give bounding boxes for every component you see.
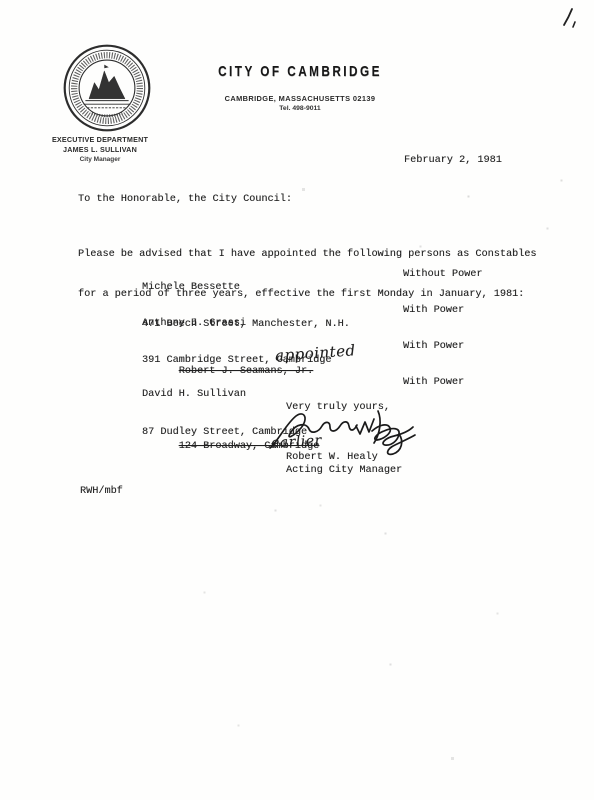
- appointee-power-status: With Power: [403, 305, 464, 318]
- handwritten-page-mark-icon: [550, 4, 586, 34]
- city-manager-name: JAMES L. SULLIVAN: [40, 145, 160, 155]
- appointee-name: David H. Sullivan: [142, 389, 582, 402]
- letter-date: February 2, 1981: [404, 155, 502, 168]
- appointee-power-status: With Power: [403, 377, 464, 390]
- scanned-letter-page: CITY OF CAMBRIDGE CAMBRIDGE, MASSACHUSET…: [0, 0, 594, 800]
- letterhead-address: CAMBRIDGE, MASSACHUSETTS 02139: [170, 94, 430, 103]
- appointee-power-status: With Power: [403, 341, 464, 354]
- salutation: To the Honorable, the City Council:: [78, 194, 292, 207]
- scan-noise-speckles: [0, 0, 1, 1]
- letterhead-title: CITY OF CAMBRIDGE: [199, 63, 402, 80]
- cambridge-city-seal-icon: [62, 43, 152, 133]
- reference-initials: RWH/mbf: [80, 486, 123, 499]
- signer-title: Acting City Manager: [286, 465, 402, 478]
- letterhead-phone: Tel. 498-9011: [170, 105, 430, 112]
- handwritten-note-appointed: appointed: [275, 344, 356, 362]
- city-manager-title: City Manager: [40, 155, 160, 165]
- department-block: EXECUTIVE DEPARTMENT JAMES L. SULLIVAN C…: [40, 135, 160, 165]
- department-name: EXECUTIVE DEPARTMENT: [40, 135, 160, 145]
- signer-name: Robert W. Healy: [286, 452, 378, 465]
- appointee-power-status: Without Power: [403, 269, 482, 282]
